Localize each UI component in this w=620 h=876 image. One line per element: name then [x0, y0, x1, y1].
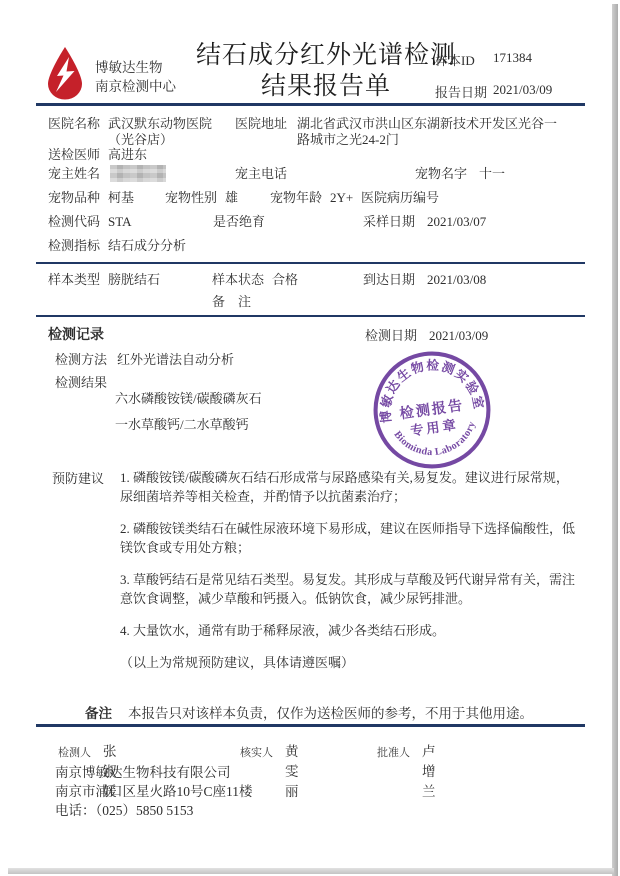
sex-field: 宠物性别 雄 [165, 190, 270, 206]
breed-label: 宠物品种 [48, 190, 100, 206]
prevention-item-3: 3. 草酸钙结石是常见结石类型。易复发。其形成与草酸及钙代谢异常有关，需注意饮食… [120, 570, 580, 608]
method-label: 检测方法 [55, 352, 107, 368]
pet-name-field: 宠物名字 十一 [415, 166, 505, 182]
sample-remark-row: 备 注 [48, 294, 585, 310]
sample-status-value: 合格 [272, 272, 298, 288]
indicator-value: 结石成分分析 [108, 238, 186, 254]
footer-remark-row: 备注 本报告只对该样本负责，仅作为送检医师的参考，不用于其他用途。 [85, 702, 533, 722]
test-code-field: 检测代码 STA [48, 214, 213, 230]
record-heading-row: 检测记录 检测日期 2021/03/09 [48, 328, 585, 344]
result-item: 六水磷酸铵镁/碳酸磷灰石 [115, 391, 585, 407]
section-divider-1 [36, 262, 585, 264]
verifier-name: 黄雯丽 [285, 740, 299, 800]
seal-svg: 博敏达生物检测实验室 Biominda Laboratory 检测报告 专用章 [363, 341, 501, 479]
record-heading: 检测记录 [48, 328, 104, 344]
owner-phone-field: 宠主电话 [235, 166, 415, 182]
owner-name-field: 宠主姓名 [48, 166, 235, 182]
owner-phone-label: 宠主电话 [235, 166, 287, 182]
age-value: 2Y+ [330, 190, 353, 206]
prevention-item-4: 4. 大量饮水，通常有助于稀释尿液，减少各类结石形成。 [120, 621, 580, 640]
test-code-value: STA [108, 214, 132, 230]
test-date-label: 检测日期 [365, 328, 417, 344]
result-label: 检测结果 [55, 375, 107, 391]
owner-name-redacted [110, 165, 166, 182]
page-edge-shadow-right [612, 4, 618, 876]
result-value-1: 六水磷酸铵镁/碳酸磷灰石 [115, 391, 262, 407]
lab-brand: 博敏达生物 南京检测中心 [95, 58, 176, 96]
method-value: 红外光谱法自动分析 [117, 352, 234, 368]
breed-field: 宠物品种 柯基 [48, 190, 165, 206]
prevention-item-1: 1. 磷酸铵镁/碳酸磷灰石结石形成常与尿路感染有关,易复发。建议进行尿常规，尿细… [120, 468, 580, 506]
arrival-date-field: 到达日期 2021/03/08 [363, 272, 486, 288]
arrival-date-label: 到达日期 [363, 272, 415, 288]
company-name: 南京博敏达生物科技有限公司 [55, 761, 231, 781]
report-date-label: 报告日期 [435, 82, 493, 101]
footer-divider [36, 724, 585, 727]
report-title-line2: 结果报告单 [176, 71, 476, 102]
hospital-address-label: 医院地址 [235, 116, 287, 147]
sample-id-label: 样本ID [435, 50, 493, 69]
age-field: 宠物年龄 2Y+ [270, 190, 361, 206]
test-code-label: 检测代码 [48, 214, 100, 230]
breed-value: 柯基 [108, 190, 134, 206]
lab-seal-stamp: 博敏达生物检测实验室 Biominda Laboratory 检测报告 专用章 [363, 341, 501, 479]
owner-row: 宠主姓名 宠主电话 宠物名字 十一 [48, 166, 585, 182]
company-address: 南京市浦口区星火路10号C座11楼 [55, 780, 253, 800]
sampling-date-label: 采样日期 [363, 214, 415, 230]
indicator-label: 检测指标 [48, 238, 100, 254]
report-title: 结石成分红外光谱检测 结果报告单 [176, 40, 476, 102]
sample-type-value: 膀胱结石 [108, 272, 160, 288]
prevention-items: 1. 磷酸铵镁/碳酸磷灰石结石形成常与尿路感染有关,易复发。建议进行尿常规，尿细… [120, 468, 580, 672]
approver-name: 卢增兰 [422, 740, 436, 800]
brand-line2: 南京检测中心 [95, 77, 176, 96]
sample-row: 样本类型 膀胱结石 样本状态 合格 到达日期 2021/03/08 [48, 272, 585, 288]
method-row: 检测方法 红外光谱法自动分析 [55, 352, 585, 368]
sampling-date-field: 采样日期 2021/03/07 [363, 214, 486, 230]
neutered-label: 是否绝育 [213, 214, 265, 230]
pet-name-value: 十一 [479, 166, 505, 182]
referring-vet-label: 送检医师 [48, 147, 100, 163]
sex-value: 雄 [225, 190, 238, 206]
hospital-name-value: 武汉默东动物医院（光谷店） [108, 116, 235, 147]
company-phone: 电话：（025）5850 5153 [55, 799, 193, 819]
hospital-name-label: 医院名称 [48, 116, 100, 147]
hospital-address-field: 医院地址 湖北省武汉市洪山区东湖新技术开发区光谷一路城市之光24-2门 [235, 116, 565, 147]
result-label-row: 检测结果 [55, 375, 585, 391]
hospital-row: 医院名称 武汉默东动物医院（光谷店） 医院地址 湖北省武汉市洪山区东湖新技术开发… [48, 116, 585, 147]
footer-remark-label: 备注 [85, 702, 112, 722]
report-date-row: 报告日期 2021/03/09 [435, 82, 552, 101]
brand-line1: 博敏达生物 [95, 58, 176, 77]
report-date-value: 2021/03/09 [493, 82, 552, 101]
sample-id-row: 样本ID 171384 [435, 50, 552, 69]
case-no-field: 医院病历编号 [361, 190, 439, 206]
sample-type-label: 样本类型 [48, 272, 100, 288]
vet-row: 送检医师 高进东 [48, 147, 585, 163]
test-date-field: 检测日期 2021/03/09 [365, 328, 488, 344]
sample-status-label: 样本状态 [212, 272, 264, 288]
prevention-note: （以上为常规预防建议，具体请遵医嘱） [120, 653, 580, 672]
report-page: 博敏达生物 南京检测中心 结石成分红外光谱检测 结果报告单 样本ID 17138… [0, 0, 620, 876]
section-divider-2 [36, 315, 585, 317]
sample-type-field: 样本类型 膀胱结石 [48, 272, 212, 288]
report-content: 博敏达生物 南京检测中心 结石成分红外光谱检测 结果报告单 样本ID 17138… [48, 0, 585, 876]
drop-logo-svg [45, 46, 85, 100]
result-value-2: 一水草酸钙/二水草酸钙 [115, 417, 249, 433]
result-item: 一水草酸钙/二水草酸钙 [115, 417, 585, 433]
sex-label: 宠物性别 [165, 190, 217, 206]
pet-name-label: 宠物名字 [415, 166, 467, 182]
case-no-label: 医院病历编号 [361, 190, 439, 206]
report-title-line1: 结石成分红外光谱检测 [176, 40, 476, 71]
tester-label: 检测人 [58, 744, 91, 760]
header-divider [36, 103, 585, 106]
test-code-row: 检测代码 STA 是否绝育 采样日期 2021/03/07 [48, 214, 585, 230]
hospital-name-field: 医院名称 武汉默东动物医院（光谷店） [48, 116, 235, 147]
prevention-label: 预防建议 [52, 468, 114, 672]
verifier-label: 核实人 [240, 744, 273, 760]
approver-label: 批准人 [377, 744, 410, 760]
referring-vet-value: 高进东 [108, 147, 147, 163]
sample-id-value: 171384 [493, 50, 532, 69]
age-label: 宠物年龄 [270, 190, 322, 206]
neutered-field: 是否绝育 [213, 214, 363, 230]
hospital-address-value: 湖北省武汉市洪山区东湖新技术开发区光谷一路城市之光24-2门 [297, 116, 565, 147]
sampling-date-value: 2021/03/07 [427, 214, 486, 230]
prevention-section: 预防建议 1. 磷酸铵镁/碳酸磷灰石结石形成常与尿路感染有关,易复发。建议进行尿… [48, 468, 580, 672]
drop-logo-icon [45, 46, 85, 105]
footer-remark-text: 本报告只对该样本负责，仅作为送检医师的参考，不用于其他用途。 [128, 702, 533, 722]
pet-detail-row: 宠物品种 柯基 宠物性别 雄 宠物年龄 2Y+ 医院病历编号 [48, 190, 585, 206]
prevention-item-2: 2. 磷酸铵镁类结石在碱性尿液环境下易形成，建议在医师指导下选择偏酸性，低镁饮食… [120, 519, 580, 557]
sample-remark-label: 备 注 [212, 294, 251, 310]
approver-field: 批准人 卢增兰 [377, 740, 414, 800]
indicator-row: 检测指标 结石成分分析 [48, 238, 585, 254]
sample-status-field: 样本状态 合格 [212, 272, 363, 288]
page-edge-shadow-bottom [8, 868, 614, 874]
owner-name-label: 宠主姓名 [48, 166, 100, 182]
arrival-date-value: 2021/03/08 [427, 272, 486, 288]
